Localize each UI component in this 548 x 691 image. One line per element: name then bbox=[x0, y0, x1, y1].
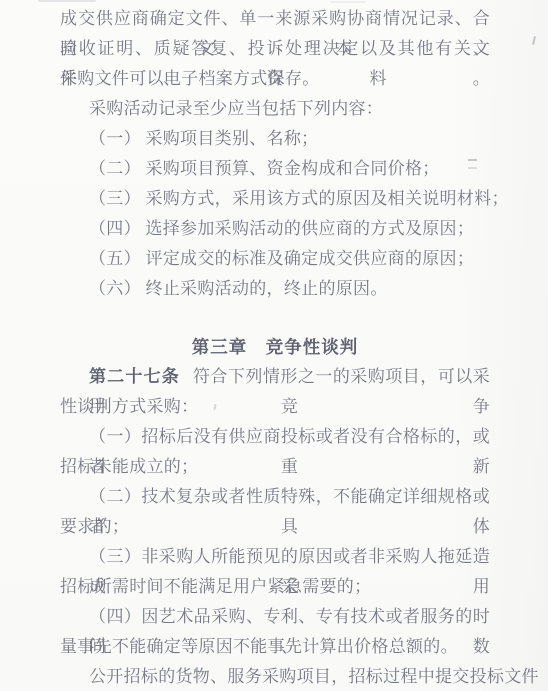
text-block: 成交供应商确定文件、单一来源采购协商情况记录、合同文本、 验收证明、质疑答复、投… bbox=[60, 0, 490, 691]
chapter-heading: 第三章 竞争性谈判 bbox=[60, 332, 490, 362]
body-line: 验收证明、质疑答复、投诉处理决定以及其他有关文件、资料。 bbox=[60, 34, 490, 64]
record-list-item: （三） 采购方式，采用该方式的原因及相关说明材料； bbox=[60, 184, 490, 214]
article-number: 第二十七条 bbox=[89, 367, 180, 386]
record-list-item: （五） 评定成交的标准及确定成交供应商的原因； bbox=[60, 244, 490, 274]
body-line: 成交供应商确定文件、单一来源采购协商情况记录、合同文本、 bbox=[60, 4, 490, 34]
record-list-item: （二） 采购项目预算、资金构成和合同价格； bbox=[60, 154, 490, 184]
records-intro-line: 采购活动记录至少应当包括下列内容： bbox=[60, 94, 490, 124]
article-lead-line: 第二十七条符合下列情形之一的采购项目，可以采用竞争 bbox=[60, 362, 490, 392]
record-list-item: （一） 采购项目类别、名称； bbox=[60, 124, 490, 154]
record-list-item: （四） 选择参加采购活动的供应商的方式及原因； bbox=[60, 214, 490, 244]
article-list-item: （四）因艺术品采购、专利、专有技术或者服务的时间、数 bbox=[60, 602, 490, 632]
scan-artifact-tick bbox=[532, 36, 536, 45]
article-list-item: （一）招标后没有供应商投标或者没有合格标的，或者重新 bbox=[60, 422, 490, 452]
document-page: 成交供应商确定文件、单一来源采购协商情况记录、合同文本、 验收证明、质疑答复、投… bbox=[0, 0, 548, 691]
article-list-item: （二）技术复杂或者性质特殊，不能确定详细规格或者具体 bbox=[60, 482, 490, 512]
closing-paragraph-line: 公开招标的货物、服务采购项目，招标过程中提交投标文件 bbox=[60, 662, 490, 691]
article-list-item: 量事先不能确定等原因不能事先计算出价格总额的。 bbox=[60, 632, 490, 662]
article-list-item: （三）非采购人所能预见的原因或者非采购人拖延造成采用 bbox=[60, 542, 490, 572]
record-list-item: （六） 终止采购活动的，终止的原因。 bbox=[60, 274, 490, 304]
